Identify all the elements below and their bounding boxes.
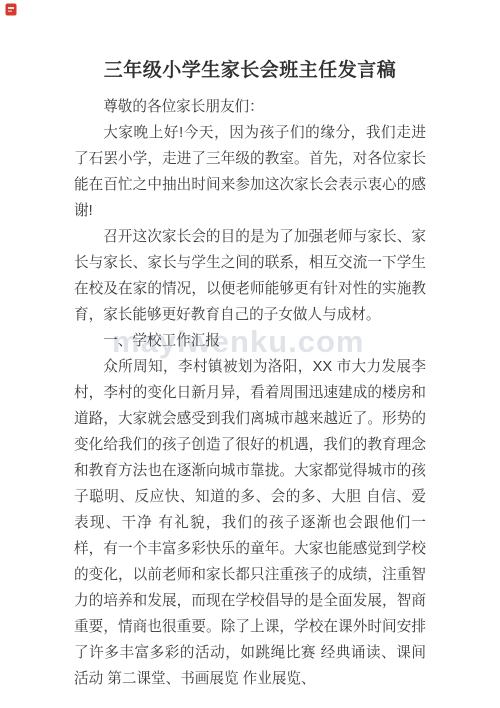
paragraph-school-report: 众所周知，李村镇被划为洛阳，XX 市大力发展李村，李村的变化日新月异，看着周围迅… [74,354,426,692]
salutation-line: 尊敬的各位家长朋友们： [74,94,426,120]
paragraph-meeting-purpose: 召开这次家长会的目的是为了加强老师与家长、家长与家长、家长与学生之间的联系，相互… [74,224,426,328]
section-heading-school-report: 一、学校工作汇报 [74,328,426,354]
document-body: 尊敬的各位家长朋友们： 大家晚上好!今天，因为孩子们的缘分，我们走进了石罢小学，… [74,94,426,692]
document-title: 三年级小学生家长会班主任发言稿 [0,0,500,82]
paragraph-greeting: 大家晚上好!今天，因为孩子们的缘分，我们走进了石罢小学，走进了三年级的教室。首先… [74,120,426,224]
red-site-logo-icon [5,3,17,16]
document-page: mayiwenku.com 三年级小学生家长会班主任发言稿 尊敬的各位家长朋友们… [0,0,500,708]
